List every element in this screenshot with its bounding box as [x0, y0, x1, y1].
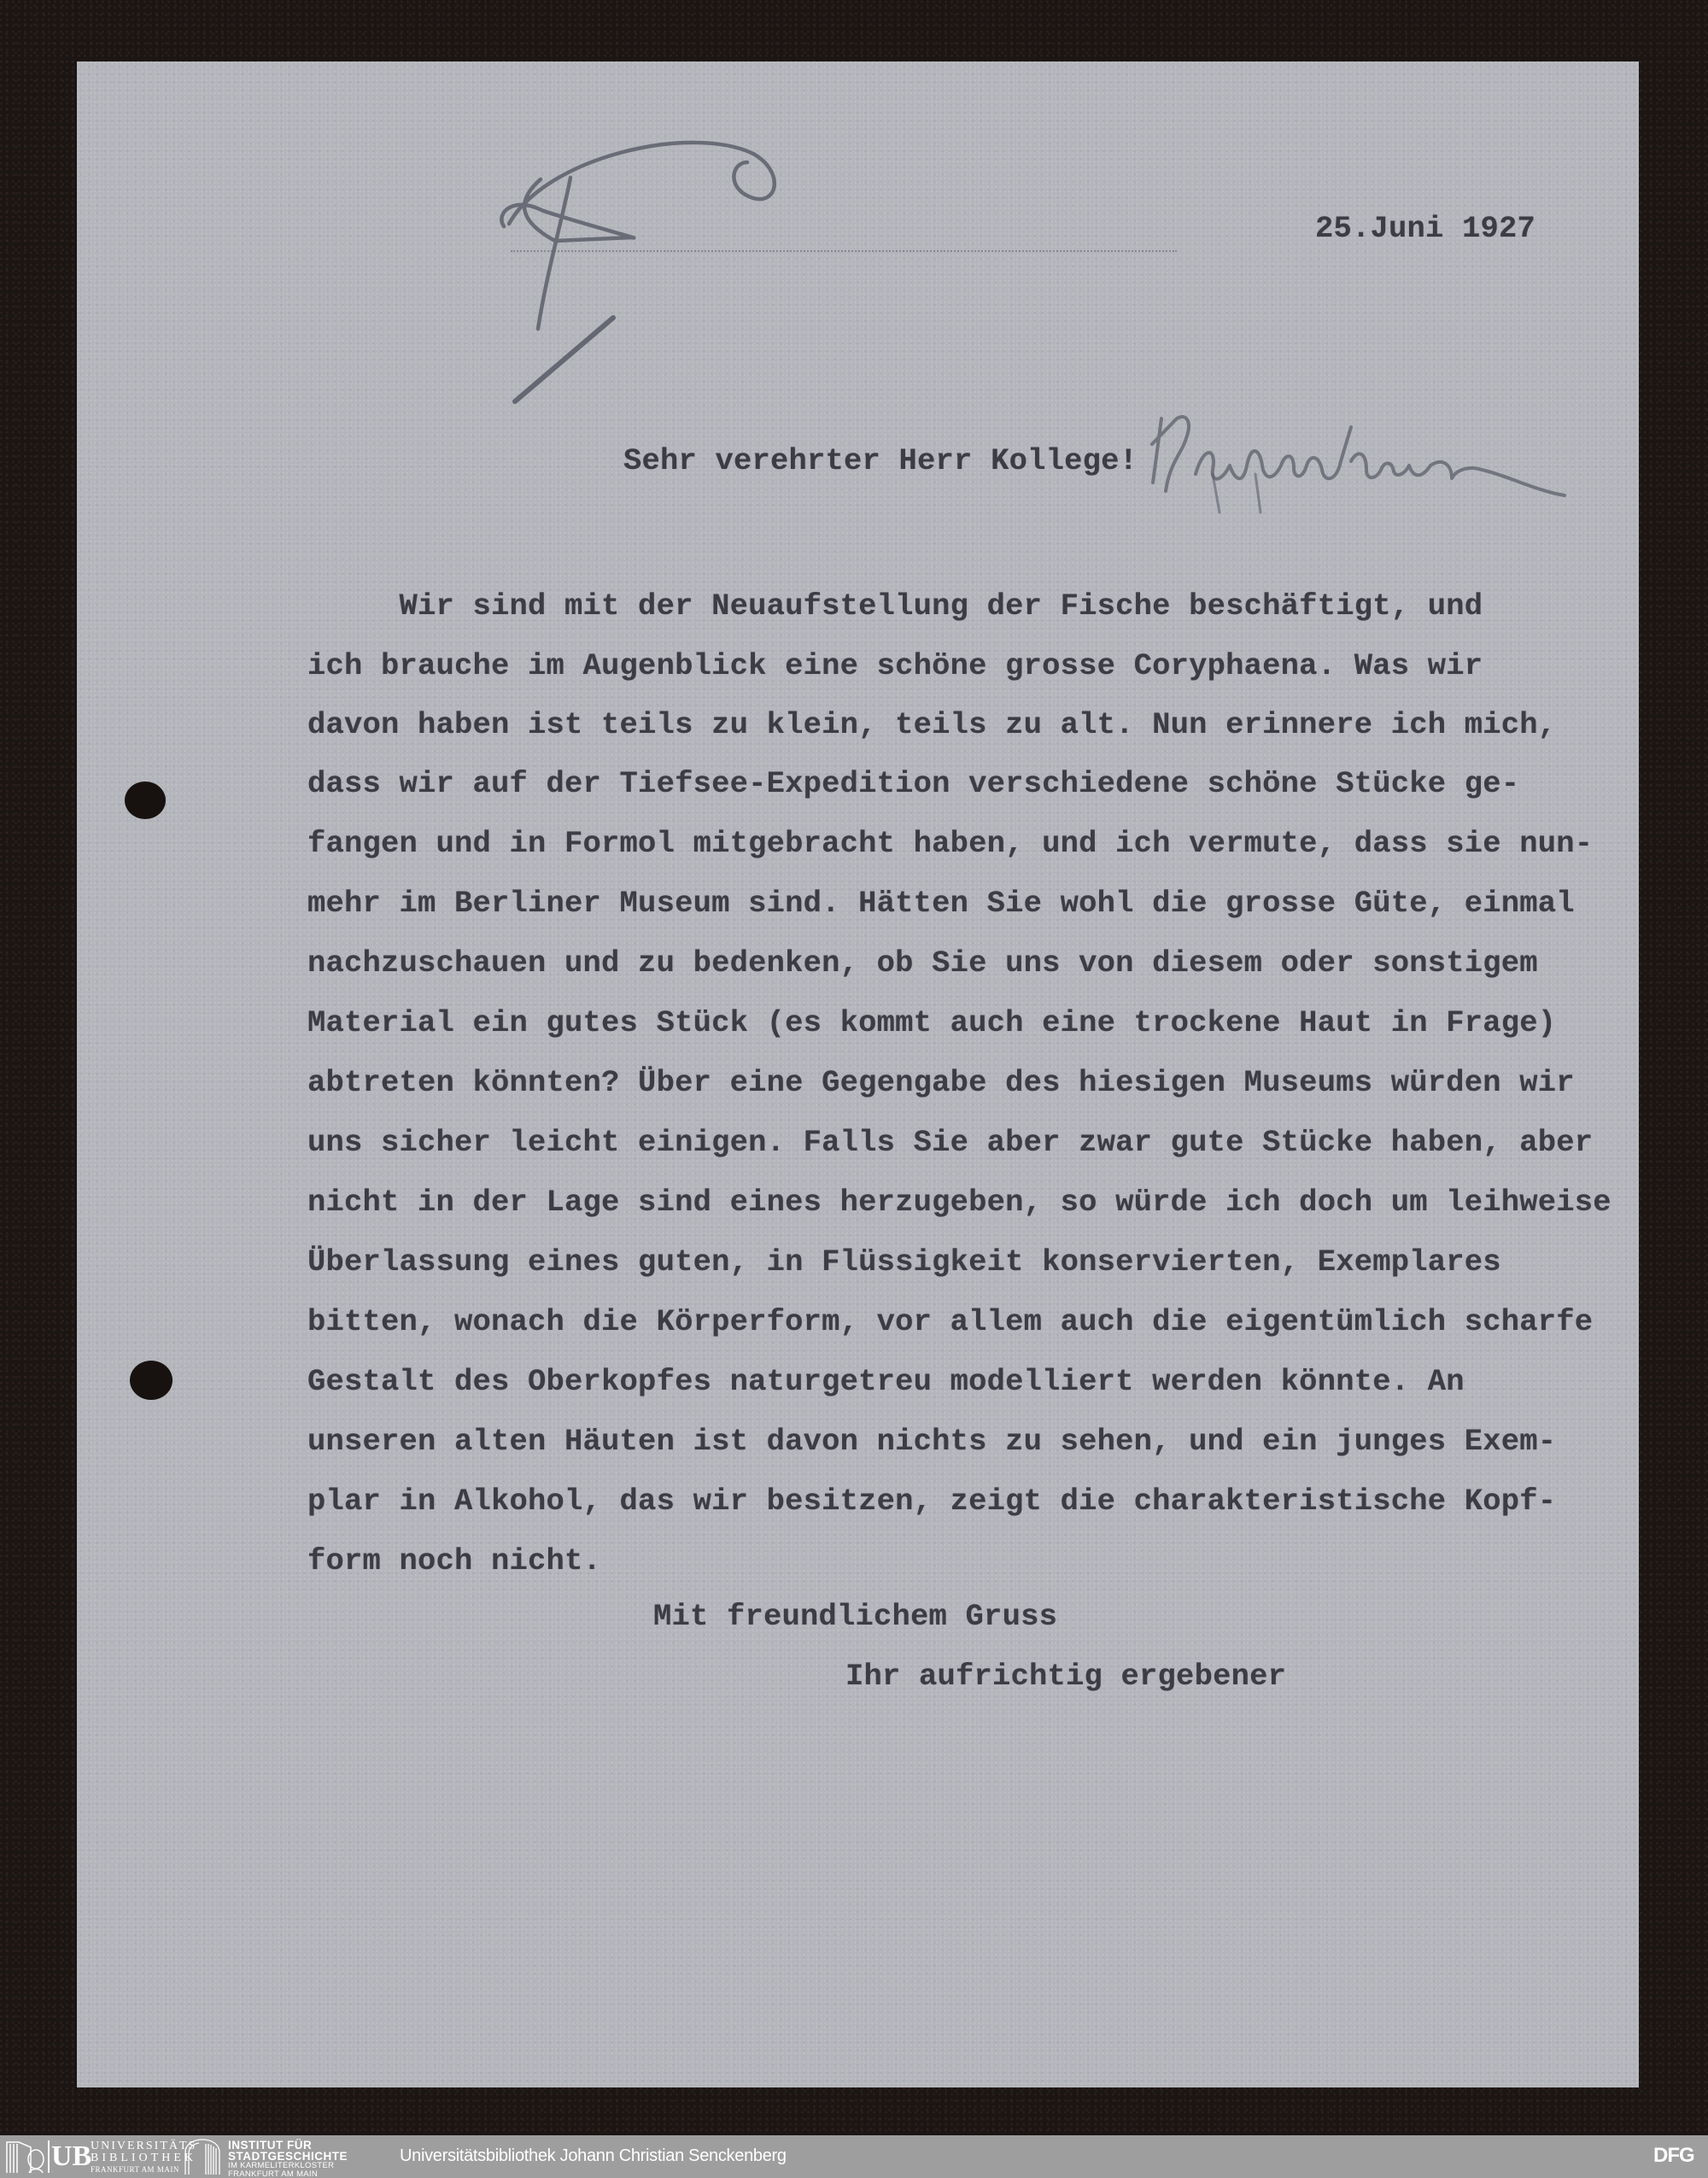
arch-icon: [184, 2139, 222, 2175]
body-line: Überlassung eines guten, in Flüssigkeit …: [307, 1245, 1501, 1279]
body-line: fangen und in Formol mitgebracht haben, …: [307, 827, 1593, 861]
ub-text: UNIVERSITÄTS BIBLIOTHEK FRANKFURT AM MAI…: [91, 2140, 196, 2175]
body-line: davon haben ist teils zu klein, teils zu…: [307, 708, 1556, 742]
ub-logo[interactable]: UB UNIVERSITÄTS BIBLIOTHEK FRANKFURT AM …: [5, 2139, 176, 2175]
body-line: unseren alten Häuten ist davon nichts zu…: [307, 1425, 1556, 1459]
body-line: ich brauche im Augenblick eine schöne gr…: [307, 649, 1483, 683]
closing-greeting: Mit freundlichem Gruss: [653, 1600, 1057, 1634]
body-line: Gestalt des Oberkopfes naturgetreu model…: [307, 1365, 1465, 1399]
body-line: Material ein gutes Stück (es kommt auch …: [307, 1006, 1556, 1040]
salutation: Sehr verehrter Herr Kollege!: [623, 444, 1138, 478]
punch-hole-top: [125, 782, 166, 819]
ub-text-line3: FRANKFURT AM MAIN: [91, 2164, 196, 2175]
body-line: nachzuschauen und zu bedenken, ob Sie un…: [307, 946, 1538, 981]
isg-logo[interactable]: INSTITUT FÜR STADTGESCHICHTE IM KARMELIT…: [184, 2139, 354, 2175]
ub-text-line2: BIBLIOTHEK: [91, 2152, 196, 2164]
body-line: Wir sind mit der Neuaufstellung der Fisc…: [307, 589, 1483, 624]
body-line: nicht in der Lage sind eines herzugeben,…: [307, 1186, 1611, 1220]
body-line: abtreten könnten? Über eine Gegengabe de…: [307, 1066, 1575, 1100]
body-line: form noch nicht.: [307, 1544, 601, 1578]
body-line: mehr im Berliner Museum sind. Hätten Sie…: [307, 887, 1575, 921]
ub-letters: UB: [48, 2140, 91, 2173]
isg-text: INSTITUT FÜR STADTGESCHICHTE IM KARMELIT…: [228, 2140, 348, 2178]
body-line: dass wir auf der Tiefsee-Expedition vers…: [307, 767, 1519, 801]
letter-date: 25.Juni 1927: [1315, 212, 1535, 246]
body-line: bitten, wonach die Körperform, vor allem…: [307, 1305, 1593, 1339]
closing-valediction: Ihr aufrichtig ergebener: [845, 1660, 1286, 1694]
footer-library-title: Universitätsbibliothek Johann Christian …: [400, 2146, 787, 2166]
body-line: plar in Alkohol, das wir besitzen, zeigt…: [307, 1484, 1556, 1519]
punch-hole-bottom: [130, 1361, 173, 1400]
body-line: uns sicher leicht einigen. Falls Sie abe…: [307, 1126, 1593, 1160]
isg-text-line4: FRANKFURT AM MAIN: [228, 2170, 348, 2178]
dotted-rule: [511, 250, 1177, 252]
dfg-logo[interactable]: DFG: [1653, 2146, 1694, 2166]
footer-bar: UB UNIVERSITÄTS BIBLIOTHEK FRANKFURT AM …: [0, 2135, 1708, 2178]
ub-text-line1: UNIVERSITÄTS: [91, 2140, 196, 2152]
